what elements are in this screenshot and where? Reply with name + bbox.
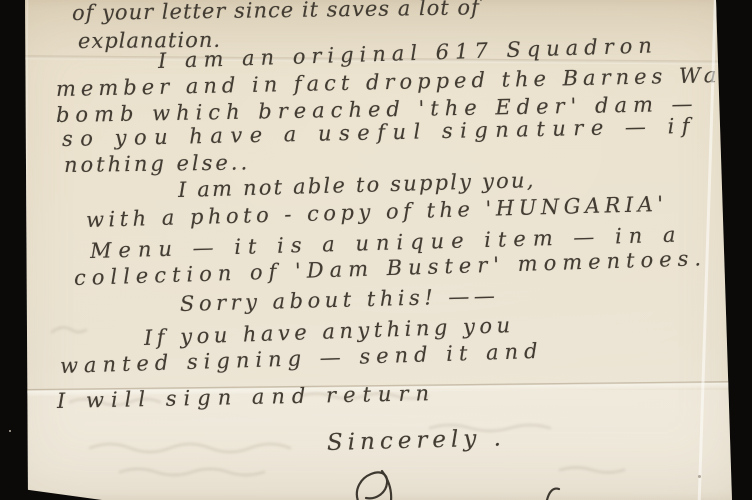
- letter-paper: of your letter since it saves a lot of e…: [0, 0, 752, 500]
- border-dust-speck: [9, 430, 11, 432]
- signature-stroke: [0, 0, 752, 500]
- paper-speck: [698, 475, 701, 478]
- letter-photograph: of your letter since it saves a lot of e…: [0, 0, 752, 500]
